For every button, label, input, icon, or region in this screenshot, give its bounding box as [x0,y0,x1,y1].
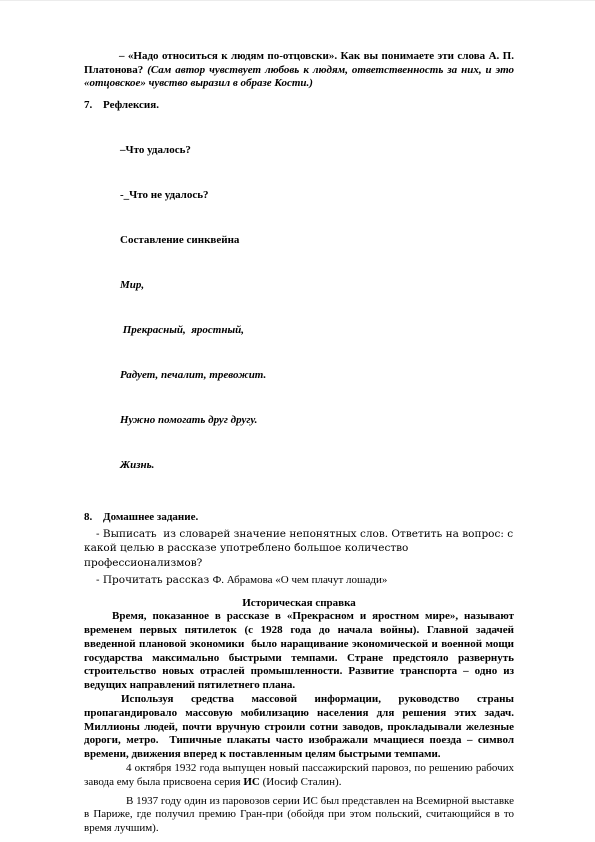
history-paragraph: В 1937 году один из паровозов серии ИС б… [84,795,514,836]
locomotive-series-label: ИС [243,776,260,788]
section-homework-heading: 8.Домашнее задание. [84,510,514,525]
history-paragraph: Используя средства массовой информации, … [84,693,514,762]
homework-task: - Прочитать рассказ Ф. Абрамова «О чем п… [84,573,514,588]
cinquain-line: Мир, [120,278,514,293]
document-page: – «Надо относиться к людям по-отцовски».… [0,0,595,842]
section-number: 8. [84,510,103,525]
section-number: 7. [84,98,103,113]
history-paragraph: 4 октября 1932 года выпущен новый пассаж… [84,762,514,790]
homework-task: - Выписать из словарей значение непонятн… [84,527,514,571]
reflection-line: Составление синквейна [120,233,514,248]
question-paragraph: – «Надо относиться к людям по-отцовски».… [84,50,514,91]
cinquain-line: Жизнь. [120,458,514,473]
history-title: Историческая справка [84,596,514,610]
reflection-block: –Что удалось? -_Что не удалось? Составле… [120,113,514,503]
section-title: Рефлексия. [103,99,159,111]
homework-task-prefix: - Прочитать рассказ [96,574,213,586]
story-reference: Ф. Абрамова «О чем плачут лошади» [213,574,388,586]
model-answer-text: (Сам автор чувствует любовь к людям, отв… [84,64,514,90]
history-paragraph: Время, показанное в рассказе в «Прекрасн… [84,610,514,693]
history-text: (Иосиф Сталин). [260,776,342,788]
cinquain-line: Прекрасный, яростный, [120,323,514,338]
section-title: Домашнее задание. [103,511,198,523]
cinquain-line: Радует, печалит, тревожит. [120,368,514,383]
reflection-line: –Что удалось? [120,143,514,158]
section-reflection-heading: 7.Рефлексия. [84,98,514,113]
reflection-line: -_Что не удалось? [120,188,514,203]
cinquain-line: Нужно помогать друг другу. [120,413,514,428]
